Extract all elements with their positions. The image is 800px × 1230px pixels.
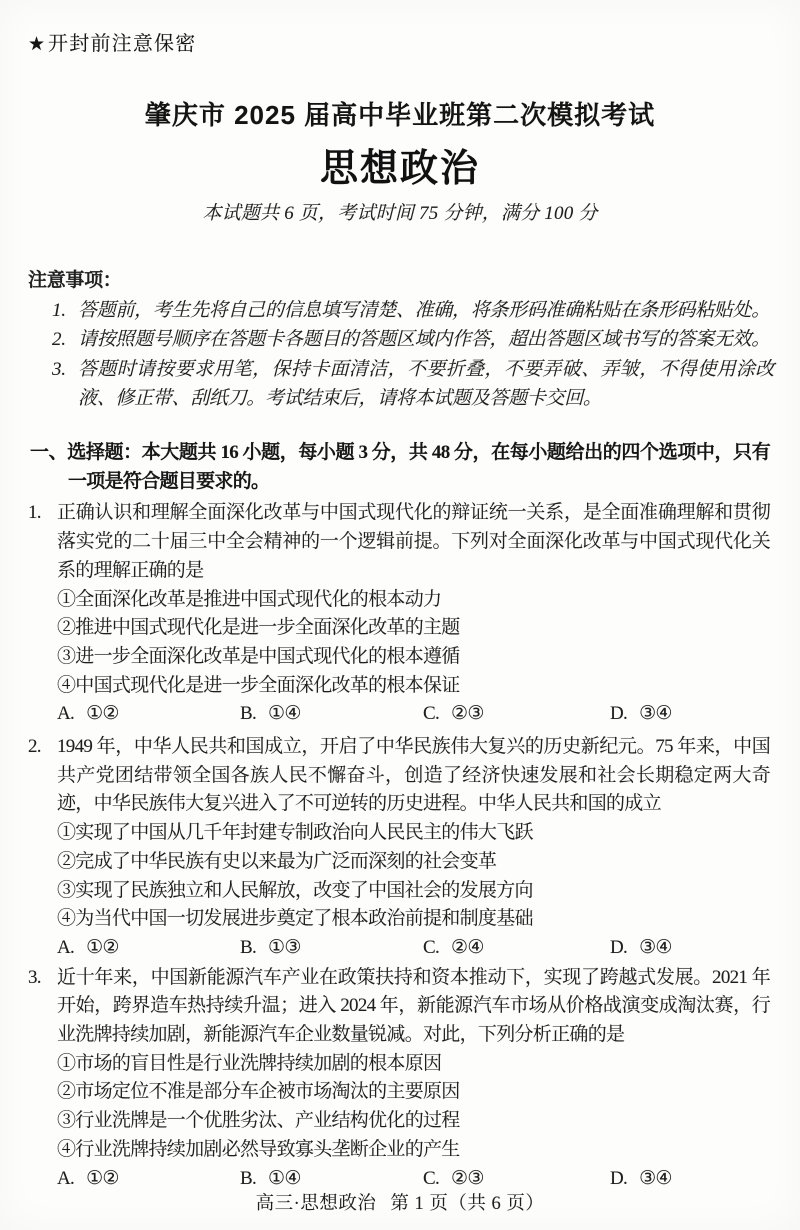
option-c: C.②④ bbox=[423, 934, 484, 963]
choice-4: ④中国式现代化是进一步全面深化改革的根本保证 bbox=[57, 672, 770, 701]
notes-section: 注意事项： 1. 答题前，考生先将自己的信息填写清楚、准确，将条形码准确粘贴在条… bbox=[28, 266, 774, 414]
choice-4: ④为当代中国一切发展进步奠定了根本政治前提和制度基础 bbox=[57, 905, 770, 934]
option-label: B. bbox=[240, 703, 256, 724]
option-d: D.③④ bbox=[610, 700, 672, 729]
choice-3: ③实现了民族独立和人民解放，改变了中国社会的发展方向 bbox=[57, 877, 770, 906]
question-number: 3. bbox=[28, 964, 57, 1194]
security-notice-text: 开封前注意保密 bbox=[48, 33, 196, 55]
note-text: 请按照题号顺序在答题卡各题目的答题区域内作答，超出答题区域书写的答案无效。 bbox=[78, 325, 774, 355]
option-label: B. bbox=[240, 937, 256, 958]
note-item-2: 2. 请按照题号顺序在答题卡各题目的答题区域内作答，超出答题区域书写的答案无效。 bbox=[28, 325, 774, 355]
choice-3: ③进一步全面深化改革是中国式现代化的根本遵循 bbox=[57, 643, 770, 672]
option-label: C. bbox=[423, 937, 439, 958]
question-body: 1949 年，中华人民共和国成立，开启了中华民族伟大复兴的历史新纪元。75 年来… bbox=[57, 733, 770, 963]
note-number: 2. bbox=[52, 325, 78, 355]
option-b: B.①④ bbox=[240, 1165, 301, 1194]
option-label: C. bbox=[423, 1168, 439, 1189]
option-value: ③④ bbox=[639, 1168, 672, 1189]
choice-4: ④行业洗牌持续加剧必然导致寡头垄断企业的产生 bbox=[57, 1136, 770, 1165]
option-value: ③④ bbox=[639, 703, 672, 724]
note-item-3: 3. 答题时请按要求用笔，保持卡面清洁，不要折叠，不要弄破、弄皱，不得使用涂改液… bbox=[28, 355, 774, 414]
options-row: A.①② B.①④ C.②③ D.③④ bbox=[57, 700, 770, 729]
question-stem: 近十年来，中国新能源汽车产业在政策扶持和资本推动下，实现了跨越式发展。2021 … bbox=[57, 964, 770, 1050]
option-a: A.①② bbox=[57, 700, 119, 729]
option-value: ②④ bbox=[451, 937, 484, 958]
note-text: 答题时请按要求用笔，保持卡面清洁，不要折叠，不要弄破、弄皱，不得使用涂改液、修正… bbox=[78, 355, 774, 414]
option-value: ①③ bbox=[268, 937, 301, 958]
option-value: ③④ bbox=[639, 937, 672, 958]
choice-1: ①全面深化改革是推进中国式现代化的根本动力 bbox=[57, 586, 770, 615]
notes-heading: 注意事项： bbox=[28, 266, 774, 296]
question-number: 1. bbox=[28, 499, 57, 729]
option-d: D.③④ bbox=[610, 1165, 672, 1194]
option-label: D. bbox=[610, 1168, 627, 1189]
option-a: A.①② bbox=[57, 934, 119, 963]
footer-course: 高三·思想政治 bbox=[256, 1194, 377, 1214]
exam-title: 肇庆市 2025 届高中毕业班第二次模拟考试 bbox=[0, 100, 800, 130]
page-footer: 高三·思想政治第 1 页（共 6 页） bbox=[0, 1193, 800, 1215]
question-stem: 1949 年，中华人民共和国成立，开启了中华民族伟大复兴的历史新纪元。75 年来… bbox=[57, 733, 770, 819]
option-label: C. bbox=[423, 703, 439, 724]
option-label: A. bbox=[57, 703, 74, 724]
choice-1: ①实现了中国从几千年封建专制政治向人民民主的伟大飞跃 bbox=[57, 819, 770, 848]
options-row: A.①② B.①④ C.②③ D.③④ bbox=[57, 1165, 770, 1194]
question-2: 2. 1949 年，中华人民共和国成立，开启了中华民族伟大复兴的历史新纪元。75… bbox=[28, 733, 770, 963]
exam-info-line: 本试题共 6 页，考试时间 75 分钟，满分 100 分 bbox=[0, 203, 800, 225]
note-text: 答题前，考生先将自己的信息填写清楚、准确，将条形码准确粘贴在条形码粘贴处。 bbox=[78, 296, 774, 326]
multiple-choice-section: 一、选择题：本大题共 16 小题，每小题 3 分，共 48 分，在每小题给出的四… bbox=[28, 439, 770, 1193]
question-stem: 正确认识和理解全面深化改革与中国式现代化的辩证统一关系，是全面准确理解和贯彻落实… bbox=[57, 499, 770, 585]
note-item-1: 1. 答题前，考生先将自己的信息填写清楚、准确，将条形码准确粘贴在条形码粘贴处。 bbox=[28, 296, 774, 326]
option-b: B.①③ bbox=[240, 934, 301, 963]
option-label: D. bbox=[610, 937, 627, 958]
footer-page-number: 第 1 页（共 6 页） bbox=[390, 1194, 544, 1214]
exam-paper-page: ★开封前注意保密 肇庆市 2025 届高中毕业班第二次模拟考试 思想政治 本试题… bbox=[0, 0, 800, 1230]
option-label: A. bbox=[57, 937, 74, 958]
option-c: C.②③ bbox=[423, 1165, 484, 1194]
option-value: ②③ bbox=[451, 703, 484, 724]
choice-3: ③行业洗牌是一个优胜劣汰、产业结构优化的过程 bbox=[57, 1107, 770, 1136]
option-label: D. bbox=[610, 703, 627, 724]
subject-title: 思想政治 bbox=[0, 147, 800, 191]
option-value: ①② bbox=[86, 703, 119, 724]
question-body: 近十年来，中国新能源汽车产业在政策扶持和资本推动下，实现了跨越式发展。2021 … bbox=[57, 964, 770, 1194]
choice-2: ②推进中国式现代化是进一步全面深化改革的主题 bbox=[57, 614, 770, 643]
choice-2: ②完成了中华民族有史以来最为广泛而深刻的社会变革 bbox=[57, 848, 770, 877]
question-body: 正确认识和理解全面深化改革与中国式现代化的辩证统一关系，是全面准确理解和贯彻落实… bbox=[57, 499, 770, 729]
star-icon: ★ bbox=[28, 34, 45, 55]
question-3: 3. 近十年来，中国新能源汽车产业在政策扶持和资本推动下，实现了跨越式发展。20… bbox=[28, 964, 770, 1194]
note-number: 3. bbox=[52, 355, 78, 414]
option-value: ①② bbox=[86, 1168, 119, 1189]
option-label: B. bbox=[240, 1168, 256, 1189]
section-heading: 一、选择题：本大题共 16 小题，每小题 3 分，共 48 分，在每小题给出的四… bbox=[28, 439, 770, 496]
question-1: 1. 正确认识和理解全面深化改革与中国式现代化的辩证统一关系，是全面准确理解和贯… bbox=[28, 499, 770, 729]
option-label: A. bbox=[57, 1168, 74, 1189]
options-row: A.①② B.①③ C.②④ D.③④ bbox=[57, 934, 770, 963]
note-number: 1. bbox=[52, 296, 78, 326]
option-value: ①② bbox=[86, 937, 119, 958]
choice-1: ①市场的盲目性是行业洗牌持续加剧的根本原因 bbox=[57, 1050, 770, 1079]
option-c: C.②③ bbox=[423, 700, 484, 729]
security-notice: ★开封前注意保密 bbox=[28, 32, 196, 57]
option-value: ①④ bbox=[268, 1168, 301, 1189]
option-value: ①④ bbox=[268, 703, 301, 724]
choice-2: ②市场定位不准是部分车企被市场淘汰的主要原因 bbox=[57, 1078, 770, 1107]
option-a: A.①② bbox=[57, 1165, 119, 1194]
option-d: D.③④ bbox=[610, 934, 672, 963]
question-number: 2. bbox=[28, 733, 57, 963]
option-value: ②③ bbox=[451, 1168, 484, 1189]
option-b: B.①④ bbox=[240, 700, 301, 729]
